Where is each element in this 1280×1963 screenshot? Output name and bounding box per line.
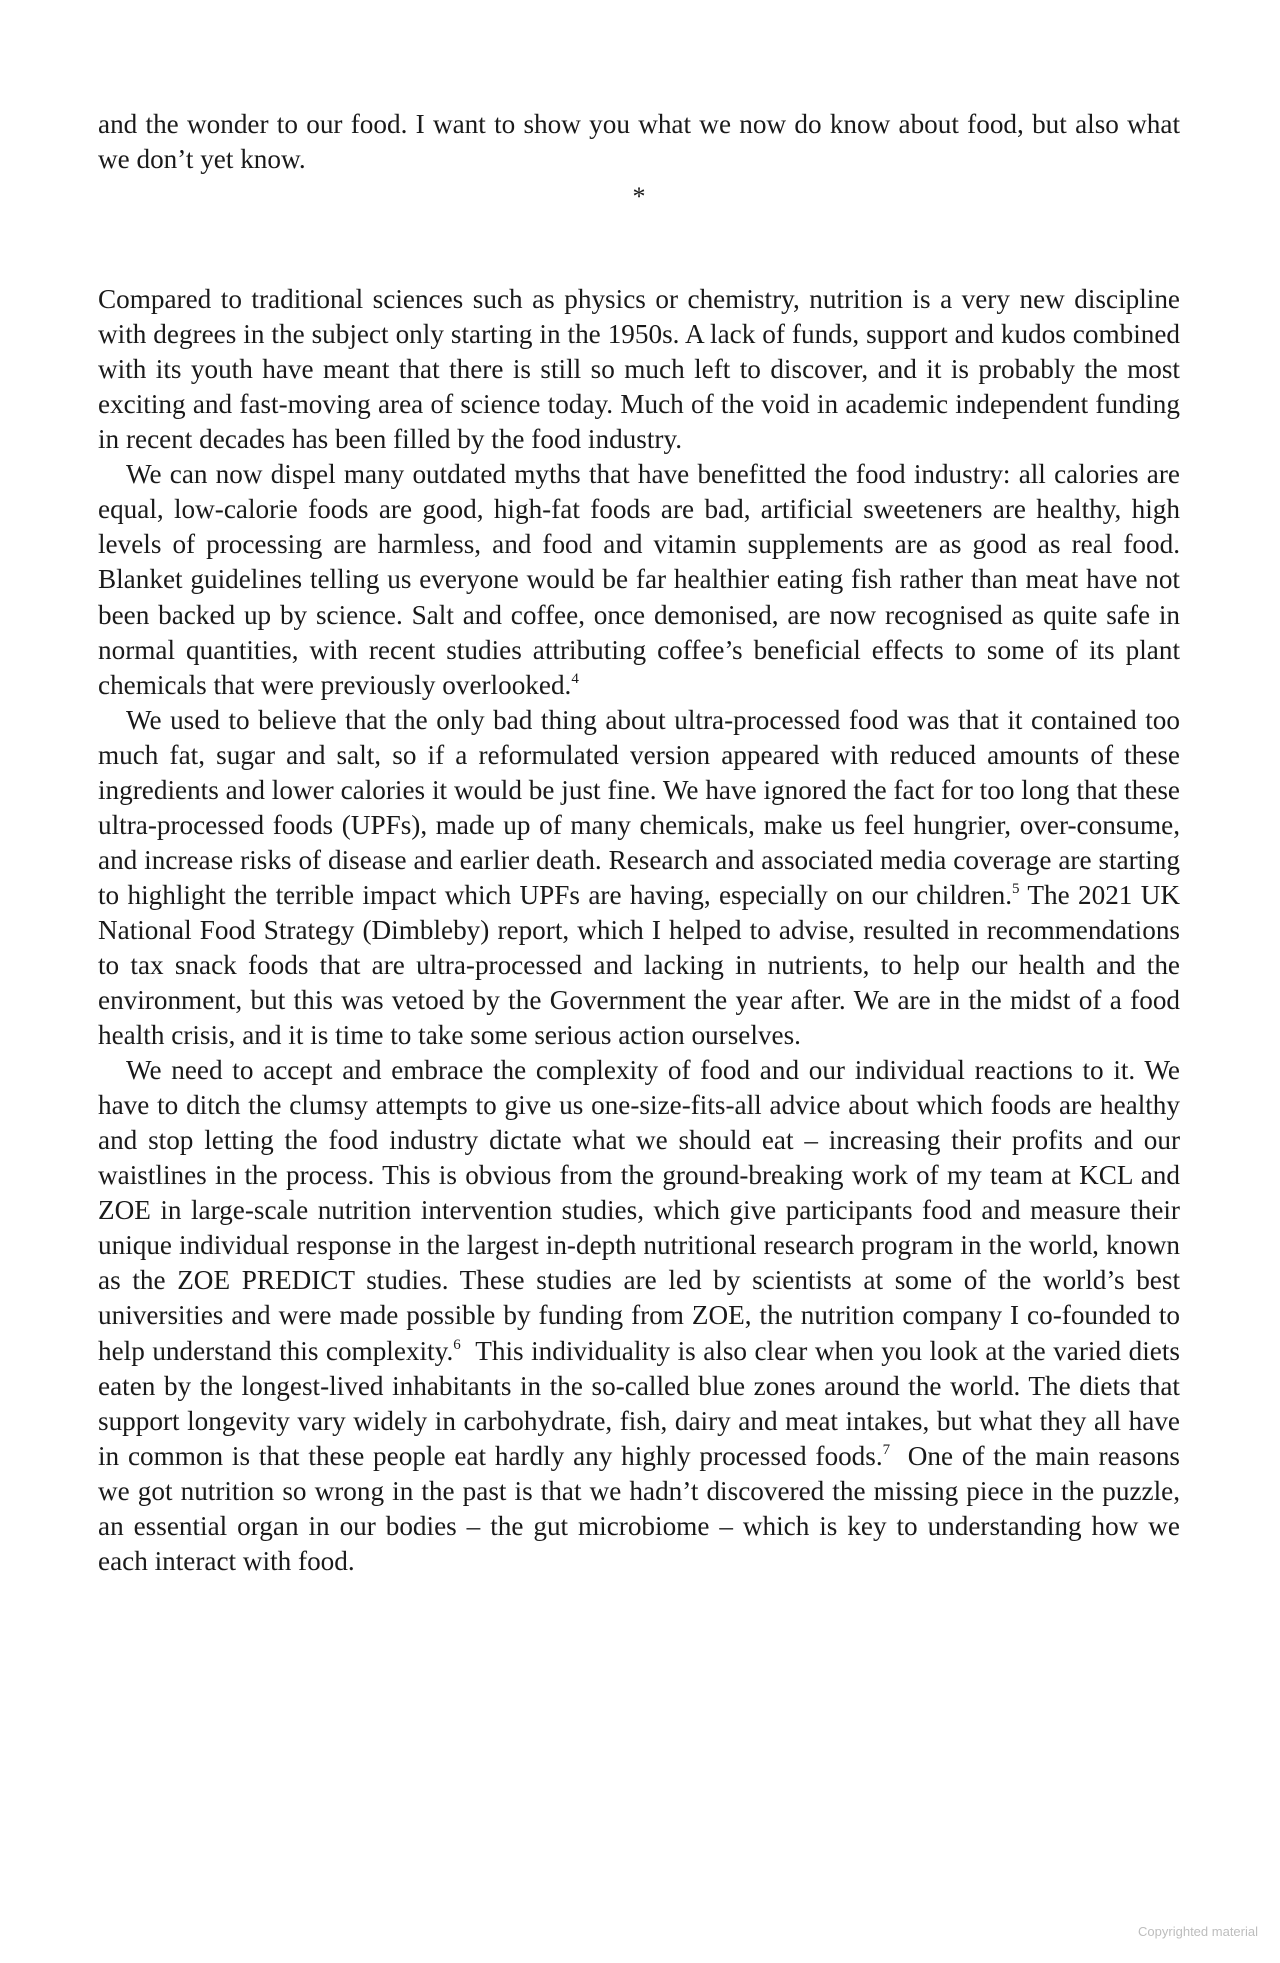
paragraph-4: We need to accept and embrace the comple… [98, 1053, 1180, 1579]
paragraph-1: Compared to traditional sciences such as… [98, 282, 1180, 457]
book-page: and the wonder to our food. I want to sh… [98, 107, 1180, 1579]
footnote-ref[interactable]: 5 [1012, 881, 1020, 897]
footnote-ref[interactable]: 6 [453, 1337, 461, 1353]
asterisk-separator: * [633, 179, 646, 214]
section-separator: * [98, 177, 1180, 282]
opening-paragraph: and the wonder to our food. I want to sh… [98, 107, 1180, 177]
paragraph-3: We used to believe that the only bad thi… [98, 703, 1180, 1053]
footnote-ref[interactable]: 4 [571, 671, 579, 687]
copyright-watermark: Copyrighted material [1138, 1924, 1258, 1939]
paragraph-2: We can now dispel many outdated myths th… [98, 457, 1180, 702]
footnote-ref[interactable]: 7 [883, 1442, 891, 1458]
